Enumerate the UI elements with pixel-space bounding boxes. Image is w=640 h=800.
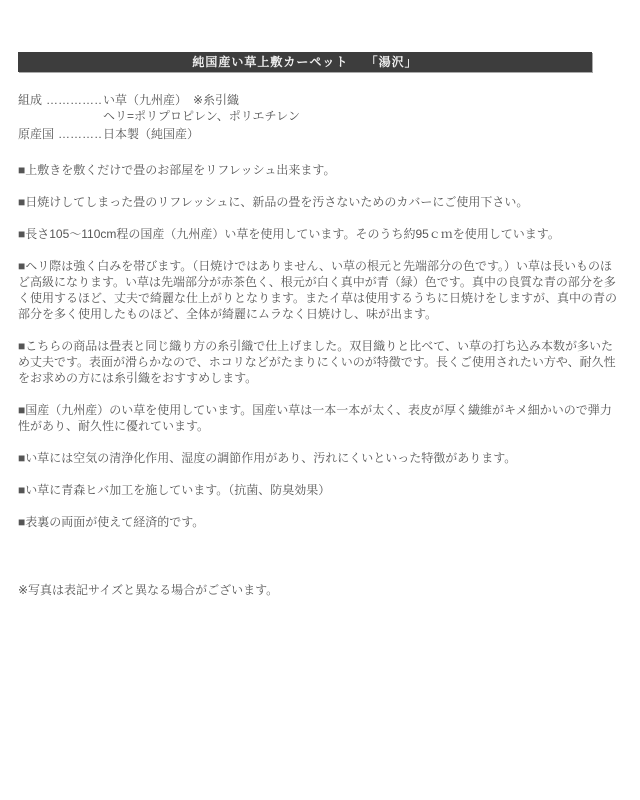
spec-row-country-of-origin: 原産国………… 日本製（純国産） bbox=[18, 126, 621, 142]
feature-paragraph: ■い草に青森ヒバ加工を施しています。（抗菌、防臭効果） bbox=[18, 482, 621, 498]
spec-value-line: 日本製（純国産） bbox=[103, 126, 621, 142]
spec-label-lead: 原産国………… bbox=[18, 126, 103, 142]
feature-list: ■上敷きを敷くだけで畳のお部屋をリフレッシュ出来ます。 ■日焼けしてしまった畳の… bbox=[18, 162, 621, 530]
spec-value: 日本製（純国産） bbox=[103, 126, 621, 142]
spec-label: 組成 bbox=[18, 93, 42, 107]
spec-list: 組成…………… い草（九州産） ※糸引織 ヘリ=ポリプロピレン、ポリエチレン 原… bbox=[18, 92, 621, 142]
product-title-bar: 純国産い草上敷カーペット 「湯沢」 bbox=[18, 52, 592, 72]
spec-value-line: い草（九州産） ※糸引織 bbox=[103, 92, 621, 108]
feature-paragraph: ■日焼けしてしまった畳のリフレッシュに、新品の畳を汚さないためのカバーにご使用下… bbox=[18, 194, 621, 210]
feature-paragraph: ■い草には空気の清浄化作用、湿度の調節作用があり、汚れにくいといった特徴がありま… bbox=[18, 450, 621, 466]
feature-paragraph: ■国産（九州産）のい草を使用しています。国産い草は一本一本が太く、表皮が厚く繊維… bbox=[18, 402, 621, 434]
product-description: 組成…………… い草（九州産） ※糸引織 ヘリ=ポリプロピレン、ポリエチレン 原… bbox=[0, 72, 640, 598]
dot-leader: ………… bbox=[58, 127, 103, 141]
dot-leader: …………… bbox=[46, 93, 103, 107]
spec-label: 原産国 bbox=[18, 127, 54, 141]
feature-paragraph: ■表裏の両面が使えて経済的です。 bbox=[18, 514, 621, 530]
product-title: 純国産い草上敷カーペット 「湯沢」 bbox=[192, 55, 417, 69]
feature-paragraph: ■ヘリ際は強く白みを帯びます。（日焼けではありません、い草の根元と先端部分の色で… bbox=[18, 258, 621, 322]
feature-paragraph: ■上敷きを敷くだけで畳のお部屋をリフレッシュ出来ます。 bbox=[18, 162, 621, 178]
feature-paragraph: ■こちらの商品は畳表と同じ織り方の糸引織で仕上げました。双目織りと比べて、い草の… bbox=[18, 338, 621, 386]
spec-value-line: ヘリ=ポリプロピレン、ポリエチレン bbox=[103, 108, 621, 124]
photo-size-disclaimer: ※写真は表記サイズと異なる場合がございます。 bbox=[18, 582, 621, 598]
spec-value: い草（九州産） ※糸引織 ヘリ=ポリプロピレン、ポリエチレン bbox=[103, 92, 621, 124]
feature-paragraph: ■長さ105～110cm程の国産（九州産）い草を使用しています。そのうち約95ｃ… bbox=[18, 226, 621, 242]
spec-row-composition: 組成…………… い草（九州産） ※糸引織 ヘリ=ポリプロピレン、ポリエチレン bbox=[18, 92, 621, 124]
spec-label-lead: 組成…………… bbox=[18, 92, 103, 124]
